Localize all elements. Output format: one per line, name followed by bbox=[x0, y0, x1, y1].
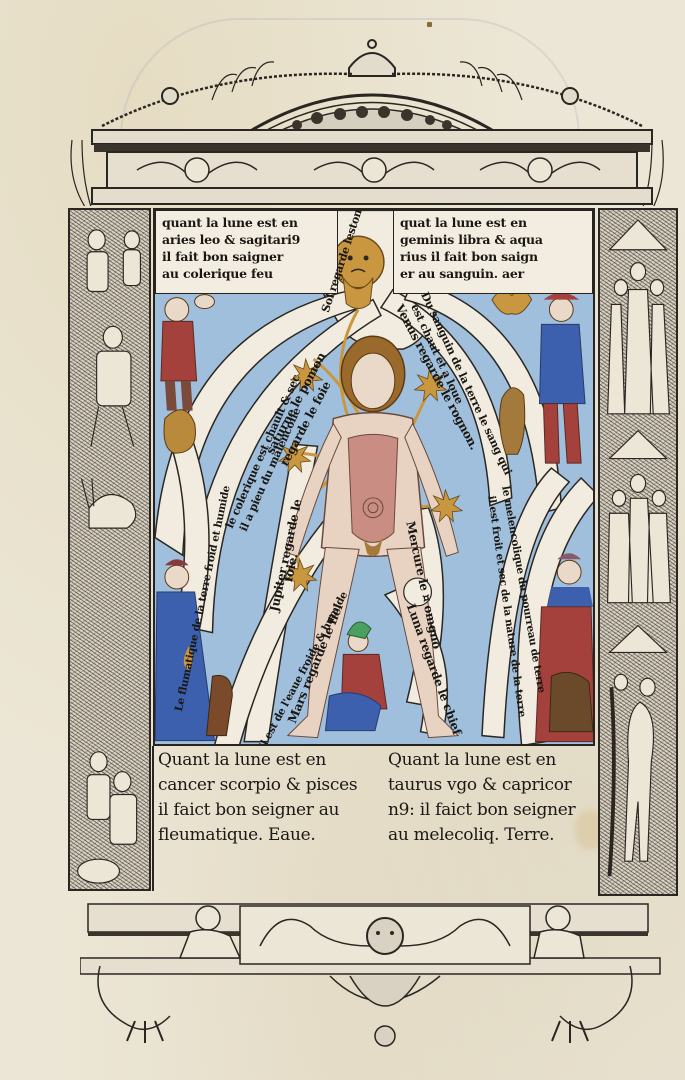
verse-line: Quant la lune est en bbox=[388, 748, 600, 773]
left-rule bbox=[152, 746, 154, 891]
manuscript-page: quant la lune est en aries leo & sagitar… bbox=[0, 0, 685, 1080]
verse-line: taurus vgo & capricor bbox=[388, 773, 600, 798]
top-border-arch-ornament bbox=[62, 30, 682, 206]
zodiac-man-illustration: quant la lune est en aries leo & sagitar… bbox=[153, 208, 595, 746]
cherub-heads bbox=[137, 158, 600, 182]
caption-top-right: quat la lune est en geminis libra & aqua… bbox=[393, 210, 593, 294]
left-border-hunting-scene bbox=[68, 208, 151, 891]
verse-line: Quant la lune est en bbox=[158, 748, 383, 773]
verse-line: au melecoliq. Terre. bbox=[388, 823, 600, 848]
verse-line: n9: il faict bon seigner bbox=[388, 798, 600, 823]
verse-line: fleumatique. Eaue. bbox=[158, 823, 383, 848]
verse-left-column: Quant la lune est en cancer scorpio & pi… bbox=[158, 748, 383, 848]
verse-line: cancer scorpio & pisces bbox=[158, 773, 383, 798]
verse-line: il faict bon seigner au bbox=[158, 798, 383, 823]
right-border-gothic-niches bbox=[598, 208, 678, 896]
verse-right-column: Quant la lune est en taurus vgo & capric… bbox=[388, 748, 600, 848]
bottom-border-grotesque-ornament bbox=[80, 896, 670, 1056]
caption-top-left: quant la lune est en aries leo & sagitar… bbox=[155, 210, 338, 294]
ink-speck bbox=[427, 22, 432, 27]
